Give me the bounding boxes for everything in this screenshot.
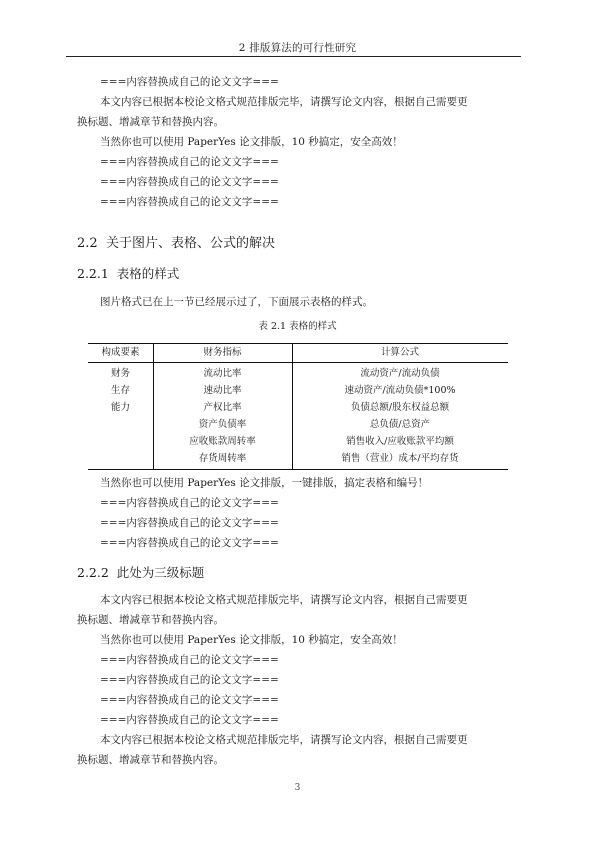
body-line: 图片格式已在上一节已经展示过了，下面展示表格的样式。 (100, 295, 373, 309)
subsection-title: 此处为三级标题 (117, 565, 205, 580)
placeholder-line: ===内容替换成自己的论文文字=== (100, 673, 279, 687)
column-header: 计算公式 (292, 347, 508, 359)
body-line: 换标题、增减章节和替换内容。 (77, 613, 224, 627)
subsection-number: 2.2.1 (77, 266, 109, 281)
header-rule (66, 56, 521, 57)
body-line: 本文内容已根据本校论文格式规范排版完毕，请撰写论文内容，根据自己需要更 (100, 733, 468, 747)
section-number: 2.2 (77, 236, 98, 251)
formula-cell: 流动资产/流动负债 (292, 368, 508, 380)
document-page: 2 排版算法的可行性研究 ===内容替换成自己的论文文字=== 本文内容已根据本… (0, 0, 595, 842)
formula-cell: 销售（营业）成本/平均存货 (292, 453, 508, 465)
formula-cell: 速动资产/流动负债*100% (292, 385, 508, 397)
placeholder-line: ===内容替换成自己的论文文字=== (100, 75, 279, 89)
placeholder-line: ===内容替换成自己的论文文字=== (100, 713, 279, 727)
placeholder-line: ===内容替换成自己的论文文字=== (100, 516, 279, 530)
subsection-number: 2.2.2 (77, 565, 109, 580)
group-label: 财务 (88, 368, 153, 380)
placeholder-line: ===内容替换成自己的论文文字=== (100, 693, 279, 707)
table-top-rule (88, 343, 508, 344)
table-bottom-rule (88, 469, 508, 470)
column-header: 构成要素 (88, 347, 153, 359)
section-heading: 2.2 关于图片、表格、公式的解决 (77, 236, 275, 252)
placeholder-line: ===内容替换成自己的论文文字=== (100, 195, 279, 209)
page-number: 3 (0, 783, 595, 793)
placeholder-line: ===内容替换成自己的论文文字=== (100, 496, 279, 510)
body-line: 本文内容已根据本校论文格式规范排版完毕，请撰写论文内容，根据自己需要更 (100, 593, 468, 607)
indicator-cell: 产权比率 (153, 402, 292, 414)
column-header: 财务指标 (153, 347, 292, 359)
body-line: 当然你也可以使用 PaperYes 论文排版，一键排版，搞定表格和编号！ (100, 476, 428, 490)
subsection-heading: 2.2.1 表格的样式 (77, 266, 179, 282)
indicator-cell: 速动比率 (153, 385, 292, 397)
formula-cell: 销售收入/应收账款平均额 (292, 436, 508, 448)
placeholder-line: ===内容替换成自己的论文文字=== (100, 155, 279, 169)
placeholder-line: ===内容替换成自己的论文文字=== (100, 175, 279, 189)
indicator-cell: 应收账款周转率 (153, 436, 292, 448)
indicator-cell: 流动比率 (153, 368, 292, 380)
formula-cell: 总负债/总资产 (292, 419, 508, 431)
body-line: 当然你也可以使用 PaperYes 论文排版，10 秒搞定，安全高效！ (100, 135, 403, 149)
placeholder-line: ===内容替换成自己的论文文字=== (100, 653, 279, 667)
subsection-title: 表格的样式 (117, 266, 180, 281)
placeholder-line: ===内容替换成自己的论文文字=== (100, 536, 279, 550)
table-header-rule (88, 362, 508, 363)
group-label: 生存 (88, 385, 153, 397)
indicator-cell: 资产负债率 (153, 419, 292, 431)
formula-cell: 负债总额/股东权益总额 (292, 402, 508, 414)
body-line: 换标题、增减章节和替换内容。 (77, 115, 224, 129)
body-line: 当然你也可以使用 PaperYes 论文排版，10 秒搞定，安全高效！ (100, 633, 403, 647)
body-line: 换标题、增减章节和替换内容。 (77, 753, 224, 767)
subsection-heading: 2.2.2 此处为三级标题 (77, 565, 204, 581)
table-caption: 表 2.1 表格的样式 (0, 321, 595, 333)
running-header: 2 排版算法的可行性研究 (0, 40, 595, 55)
indicator-cell: 存货周转率 (153, 453, 292, 465)
section-title: 关于图片、表格、公式的解决 (106, 236, 275, 251)
group-label: 能力 (88, 402, 153, 414)
body-line: 本文内容已根据本校论文格式规范排版完毕，请撰写论文内容，根据自己需要更 (100, 95, 468, 109)
